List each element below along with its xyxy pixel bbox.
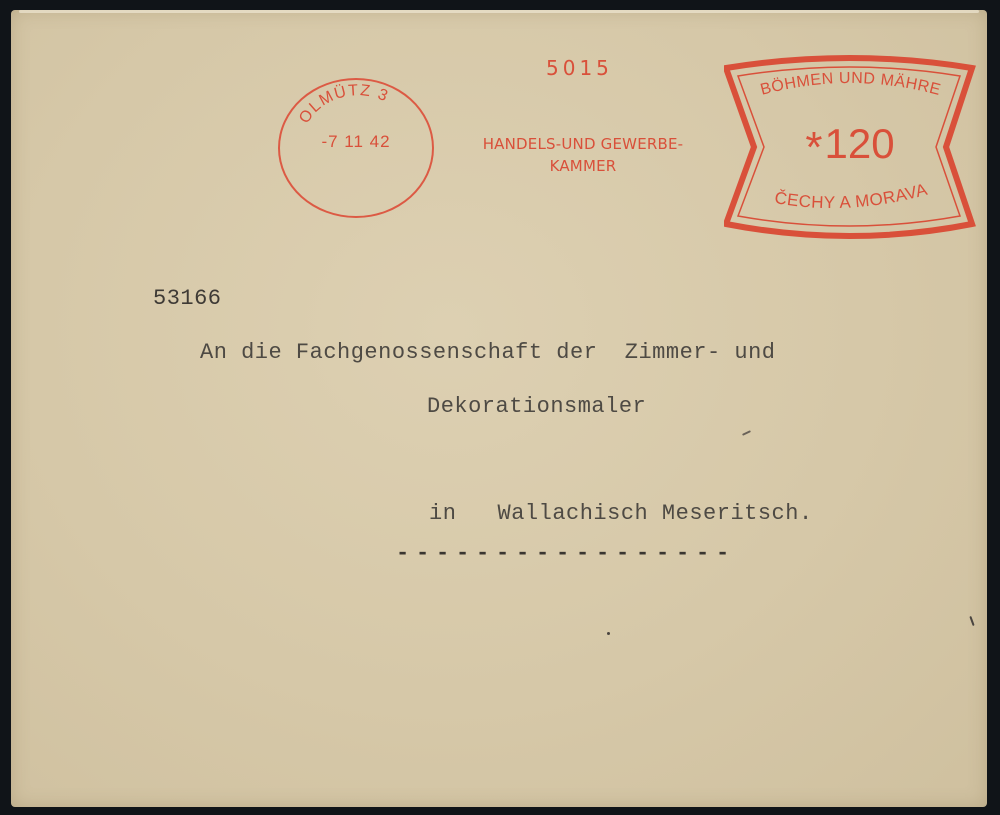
- sender-imprint: HANDELS-UND GEWERBE- KAMMER: [452, 133, 714, 177]
- postage-value: 120: [825, 120, 895, 167]
- svg-text:ČECHY A MORAVA: ČECHY A MORAVA: [773, 180, 930, 212]
- envelope-edge-highlight: [19, 10, 979, 13]
- reference-number: 53166: [153, 286, 222, 311]
- postmark-city: OLMÜTZ 3: [296, 82, 391, 127]
- asterisk-icon: *: [805, 123, 822, 172]
- meter-number: 5015: [546, 56, 613, 80]
- value-stamp-bottom-text: ČECHY A MORAVA: [773, 180, 930, 212]
- address-line-2: Dekorationsmaler: [427, 394, 646, 419]
- address-line-1: An die Fachgenossenschaft der Zimmer- un…: [200, 340, 776, 365]
- address-underline: -----------------: [396, 541, 736, 566]
- svg-text:OLMÜTZ 3: OLMÜTZ 3: [296, 82, 391, 127]
- sender-line-1: HANDELS-UND GEWERBE-: [452, 133, 714, 155]
- address-line-3: in Wallachisch Meseritsch.: [429, 501, 813, 526]
- value-amount: *120: [724, 120, 976, 173]
- paper-speck: [607, 632, 610, 635]
- value-stamp: BÖHMEN UND MÄHREN ČECHY A MORAVA *120: [724, 52, 976, 242]
- postmark-circle: OLMÜTZ 3 -7 11 42: [278, 78, 434, 218]
- postmark-date: -7 11 42: [280, 132, 432, 152]
- sender-line-2: KAMMER: [452, 155, 714, 177]
